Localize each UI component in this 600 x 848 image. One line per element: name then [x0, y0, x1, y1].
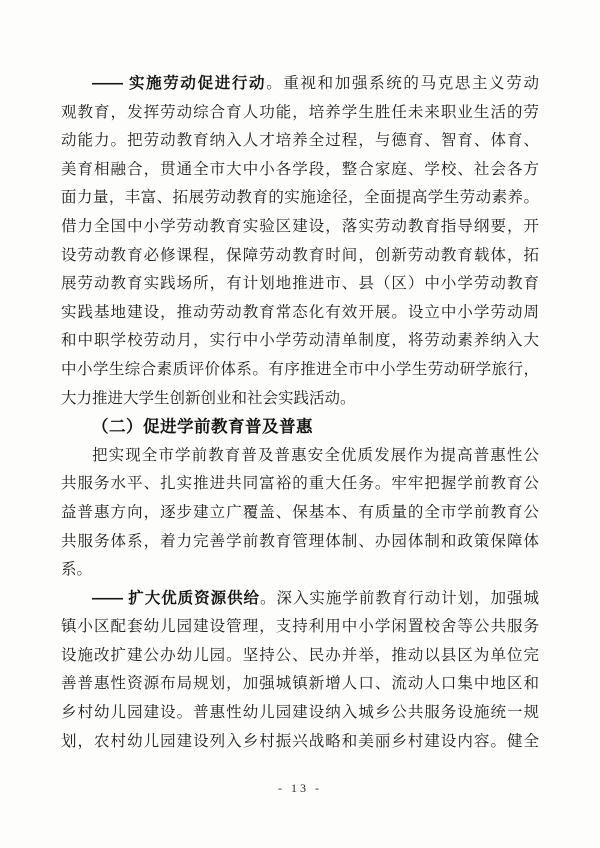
body-text: 面力量，丰富、拓展劳动教育的实施途径，全面提高学生劳动素养。 — [61, 189, 539, 206]
em-dash: —— — [92, 590, 128, 607]
body-text: 美育相融合，贯通全市大中小各学段，整合家庭、学校、社会各方 — [61, 161, 539, 178]
text-line: 动能力。把劳动教育纳入人才培养全过程，与德育、智育、体育、 — [61, 127, 539, 156]
body-text: 益普惠方向，逐步建立广覆盖、保基本、有质量的全市学前教育公 — [61, 504, 539, 521]
text-line: 乡村幼儿园建设。普惠性幼儿园建设纳入城乡公共服务设施统一规 — [61, 699, 539, 728]
body-text: 。深入实施学前教育行动计划，加强城 — [260, 590, 539, 607]
body-text: 设施改扩建公办幼儿园。坚持公、民办并举，推动以县区为单位完 — [61, 647, 539, 664]
body-text: 乡村幼儿园建设。普惠性幼儿园建设纳入城乡公共服务设施统一规 — [61, 704, 539, 721]
em-dash: —— — [92, 75, 129, 92]
text-line: 划，农村幼儿园建设列入乡村振兴战略和美丽乡村建设内容。健全 — [61, 728, 539, 757]
text-line: 大力推进大学生创新创业和社会实践活动。 — [61, 385, 539, 414]
section-heading-text: （二）促进学前教育普及普惠 — [92, 417, 313, 436]
body-text: 共服务体系，着力完善学前教育管理体制、办园体制和政策保障体 — [61, 533, 539, 550]
body-text: 设劳动教育必修课程，保障劳动教育时间，创新劳动教育载体，拓 — [61, 247, 539, 264]
text-line: 展劳动教育实践场所，有计划地推进市、县（区）中小学劳动教育 — [61, 270, 539, 299]
text-line: —— 扩大优质资源供给。深入实施学前教育行动计划，加强城 — [61, 585, 539, 614]
body-text: 善普惠性资源布局规划，加强城镇新增人口、流动人口集中地区和 — [61, 675, 539, 692]
text-line: 美育相融合，贯通全市大中小各学段，整合家庭、学校、社会各方 — [61, 156, 539, 185]
body-text: 系。 — [61, 561, 92, 578]
text-line: 面力量，丰富、拓展劳动教育的实施途径，全面提高学生劳动素养。 — [61, 184, 539, 213]
text-line: 借力全国中小学劳动教育实验区建设，落实劳动教育指导纲要，开 — [61, 213, 539, 242]
body-text: 镇小区配套幼儿园建设管理，支持利用中小学闲置校舍等公共服务 — [61, 618, 539, 635]
body-text: 观教育，发挥劳动综合育人功能，培养学生胜任未来职业生活的劳 — [61, 104, 539, 121]
body-text: 中小学生综合素质评价体系。有序推进全市中小学生劳动研学旅行， — [61, 361, 539, 378]
document-text-block: —— 实施劳动促进行动。重视和加强系统的马克思主义劳动 观教育，发挥劳动综合育人… — [61, 70, 539, 756]
text-line: 和中职学校劳动月，实行中小学劳动清单制度，将劳动素养纳入大 — [61, 327, 539, 356]
section-heading: （二）促进学前教育普及普惠 — [61, 413, 539, 442]
text-line: 系。 — [61, 556, 539, 585]
body-text: 大力推进大学生创新创业和社会实践活动。 — [61, 390, 356, 407]
body-text: 动能力。把劳动教育纳入人才培养全过程，与德育、智育、体育、 — [61, 132, 539, 149]
text-line: 观教育，发挥劳动综合育人功能，培养学生胜任未来职业生活的劳 — [61, 99, 539, 128]
run-in-heading: 实施劳动促进行动 — [129, 75, 266, 92]
body-text: 和中职学校劳动月，实行中小学劳动清单制度，将劳动素养纳入大 — [61, 332, 539, 349]
text-line: 善普惠性资源布局规划，加强城镇新增人口、流动人口集中地区和 — [61, 670, 539, 699]
text-line: 益普惠方向，逐步建立广覆盖、保基本、有质量的全市学前教育公 — [61, 499, 539, 528]
text-line: 实践基地建设，推动劳动教育常态化有效开展。设立中小学劳动周 — [61, 299, 539, 328]
text-line: 把实现全市学前教育普及普惠安全优质发展作为提高普惠性公 — [61, 442, 539, 471]
run-in-heading: 扩大优质资源供给 — [128, 590, 260, 607]
text-line: 镇小区配套幼儿园建设管理，支持利用中小学闲置校舍等公共服务 — [61, 613, 539, 642]
body-text: 借力全国中小学劳动教育实验区建设，落实劳动教育指导纲要，开 — [61, 218, 539, 235]
text-line: 中小学生综合素质评价体系。有序推进全市中小学生劳动研学旅行， — [61, 356, 539, 385]
body-text: 划，农村幼儿园建设列入乡村振兴战略和美丽乡村建设内容。健全 — [61, 733, 539, 750]
body-text: 共服务水平、扎实推进共同富裕的重大任务。牢牢把握学前教育公 — [61, 475, 539, 492]
text-line: 共服务水平、扎实推进共同富裕的重大任务。牢牢把握学前教育公 — [61, 470, 539, 499]
text-line: 设施改扩建公办幼儿园。坚持公、民办并举，推动以县区为单位完 — [61, 642, 539, 671]
body-text: 展劳动教育实践场所，有计划地推进市、县（区）中小学劳动教育 — [61, 275, 539, 292]
text-line: —— 实施劳动促进行动。重视和加强系统的马克思主义劳动 — [61, 70, 539, 99]
body-text: 。重视和加强系统的马克思主义劳动 — [266, 75, 539, 92]
page-number: - 13 - — [0, 781, 600, 796]
text-line: 设劳动教育必修课程，保障劳动教育时间，创新劳动教育载体，拓 — [61, 242, 539, 271]
body-text: 把实现全市学前教育普及普惠安全优质发展作为提高普惠性公 — [92, 447, 539, 464]
body-text: 实践基地建设，推动劳动教育常态化有效开展。设立中小学劳动周 — [61, 304, 539, 321]
text-line: 共服务体系，着力完善学前教育管理体制、办园体制和政策保障体 — [61, 528, 539, 557]
